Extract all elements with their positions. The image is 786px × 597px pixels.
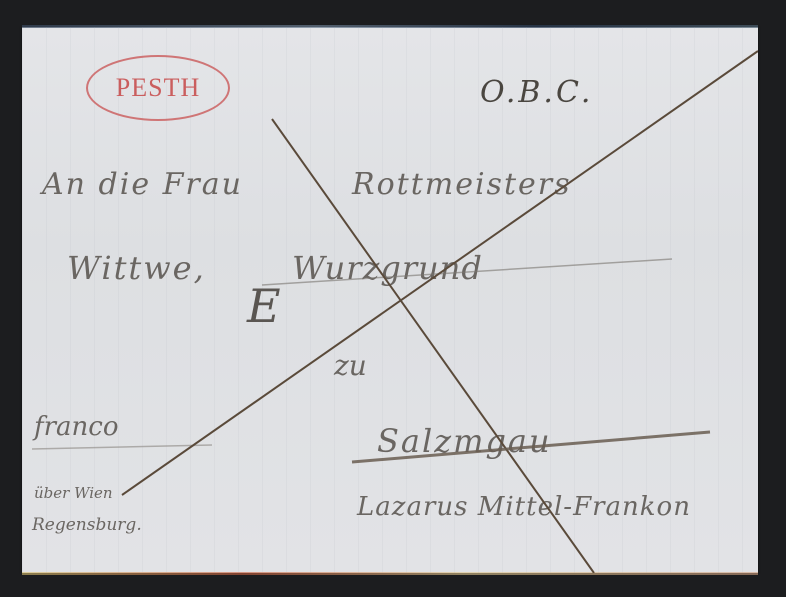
cancellation-strokes: [22, 27, 758, 573]
letter-cover: PESTH O.B.C. An die Frau Rottmeisters Wi…: [22, 27, 758, 573]
